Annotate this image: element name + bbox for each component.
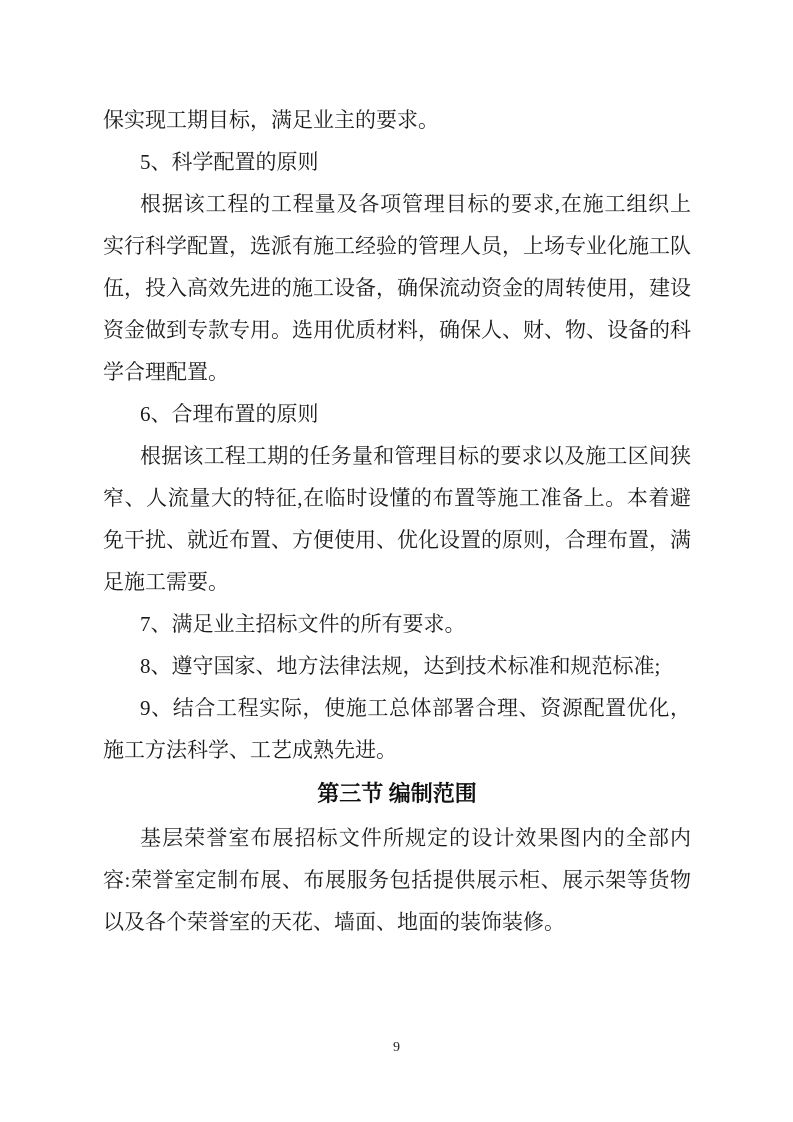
document-page: 保实现工期目标，满足业主的要求。5、科学配置的原则根据该工程的工程量及各项管理目… xyxy=(0,0,793,1122)
page-content: 保实现工期目标，满足业主的要求。5、科学配置的原则根据该工程的工程量及各项管理目… xyxy=(103,99,691,943)
paragraph: 根据该工程工期的任务量和管理目标的要求以及施工区间狭窄、人流量大的特征,在临时设… xyxy=(103,435,691,603)
paragraph: 6、合理布置的原则 xyxy=(103,393,691,435)
paragraph: 7、满足业主招标文件的所有要求。 xyxy=(103,603,691,645)
paragraph: 8、遵守国家、地方法律法规，达到技术标准和规范标准; xyxy=(103,645,691,687)
paragraph: 5、科学配置的原则 xyxy=(103,141,691,183)
page-footer: 9 xyxy=(0,1038,793,1058)
paragraph: 根据该工程的工程量及各项管理目标的要求,在施工组织上实行科学配置，选派有施工经验… xyxy=(103,183,691,393)
paragraph: 9、结合工程实际，使施工总体部署合理、资源配置优化，施工方法科学、工艺成熟先进。 xyxy=(103,687,691,771)
page-number: 9 xyxy=(393,1040,400,1055)
section-heading: 第三节 编制范围 xyxy=(103,773,691,815)
paragraph: 基层荣誉室布展招标文件所规定的设计效果图内的全部内容:荣誉室定制布展、布展服务包… xyxy=(103,817,691,943)
paragraph: 保实现工期目标，满足业主的要求。 xyxy=(103,99,691,141)
